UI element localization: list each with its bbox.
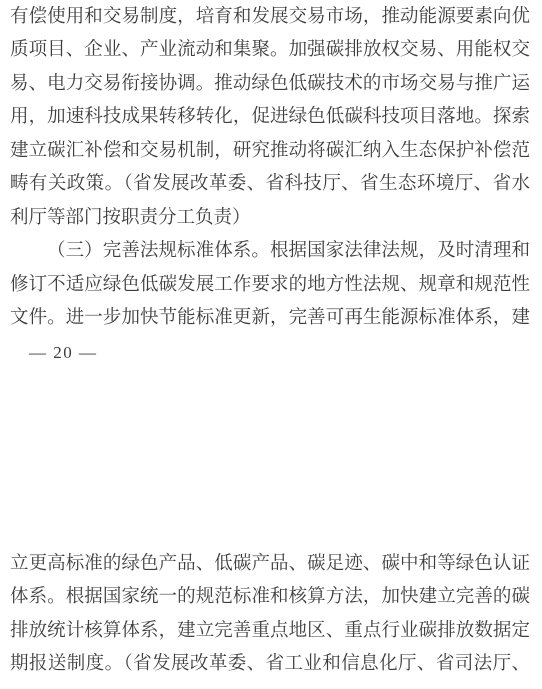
text-line: 修订不适应绿色低碳发展工作要求的地方性法规、规章和规范性: [10, 269, 530, 303]
text-line: 畴有关政策。（省发展改革委、省科技厅、省生态环境厅、省水: [10, 168, 530, 202]
text-line: 有偿使用和交易制度，培育和发展交易市场，推动能源要素向优: [10, 1, 530, 35]
page-21-body: 立更高标准的绿色产品、低碳产品、碳足迹、碳中和等绿色认证 体系。根据国家统一的规…: [10, 548, 530, 682]
text-line: 文件。进一步加快节能标准更新，完善可再生能源标准体系，建: [10, 302, 530, 336]
text-line: 建立碳汇补偿和交易机制，研究推动将碳汇纳入生态保护补偿范: [10, 135, 530, 169]
section-heading-line: （三）完善法规标准体系。根据国家法律法规，及时清理和: [10, 235, 530, 269]
page-20-body: 有偿使用和交易制度，培育和发展交易市场，推动能源要素向优 质项目、企业、产业流动…: [10, 1, 530, 370]
text-line: 期报送制度。（省发展改革委、省工业和信息化厅、省司法厅、: [10, 648, 530, 682]
text-line-paragraph-end: 利厅等部门按职责分工负责）: [10, 202, 530, 236]
text-line: 易、电力交易衔接协调。推动绿色低碳技术的市场交易与推广运: [10, 68, 530, 102]
page-number: — 20 —: [10, 336, 530, 370]
text-line: 用，加速科技成果转移转化，促进绿色低碳科技项目落地。探索: [10, 101, 530, 135]
text-line: 体系。根据国家统一的规范标准和核算方法，加快建立完善的碳: [10, 581, 530, 615]
text-line: 质项目、企业、产业流动和集聚。加强碳排放权交易、用能权交: [10, 34, 530, 68]
text-line: 立更高标准的绿色产品、低碳产品、碳足迹、碳中和等绿色认证: [10, 548, 530, 582]
text-line: 排放统计核算体系，建立完善重点地区、重点行业碳排放数据定: [10, 615, 530, 649]
scanned-document: 有偿使用和交易制度，培育和发展交易市场，推动能源要素向优 质项目、企业、产业流动…: [0, 0, 542, 689]
